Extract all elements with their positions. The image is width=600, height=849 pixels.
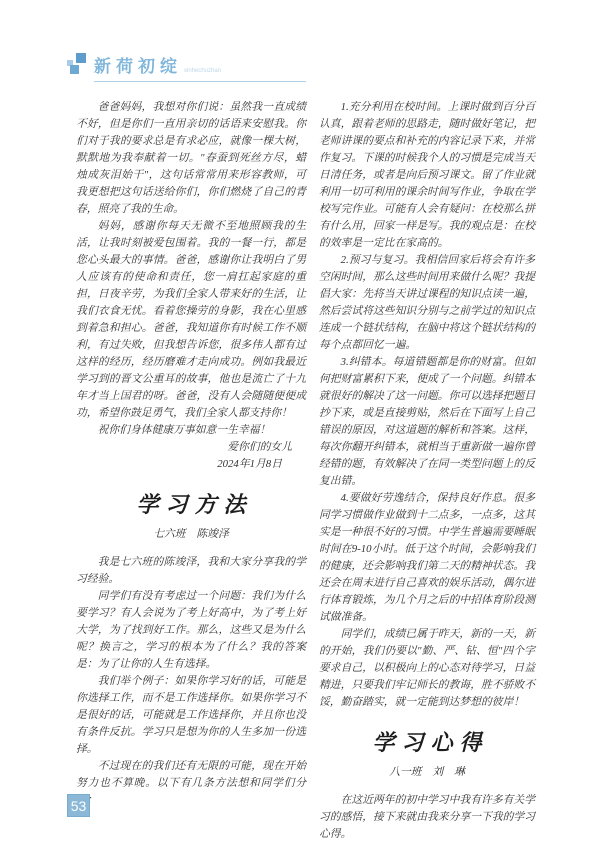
logo-squares-icon xyxy=(67,52,89,78)
article2-byline: 八一班 刘 琳 xyxy=(319,764,535,780)
right-column: 1.充分利用在校时间。上课时做到百分百认真，跟着老师的思路走，随时做好笔记，把老… xyxy=(319,99,535,843)
logo-square-mid xyxy=(70,65,79,74)
letter-date: 2024年1月8日 xyxy=(76,456,306,473)
logo-square-dark xyxy=(76,53,86,63)
magazine-page: 新荷初绽 xinhechuzhan 爸爸妈妈，我想对你们说：虽然我一直成绩不好，… xyxy=(0,0,600,849)
logo-subtext: xinhechuzhan xyxy=(184,68,221,74)
body-paragraph: 在这近两年的初中学习中我有许多有关学习的感悟，接下来就由我来分享一下我的学习心得… xyxy=(319,792,535,843)
method-paragraph: 1.充分利用在校时间。上课时做到百分百认真，跟着老师的思路走，随时做好笔记，把老… xyxy=(319,99,535,252)
method-paragraph: 3.纠错本。每道错题都是你的财富。但如何把财富累积下来，便成了一个问题。纠错本就… xyxy=(319,354,535,490)
letter-signature: 爱你们的女儿 xyxy=(76,439,306,456)
body-paragraph: 同学们有没有考虑过一个问题：我们为什么要学习？有人会说为了考上好高中，为了考上好… xyxy=(76,588,306,673)
article1-title: 学习方法 xyxy=(76,488,306,519)
body-paragraph: 我们举个例子：如果你学习好的话，可能是你选择工作，而不是工作选择你。如果你学习不… xyxy=(76,673,306,758)
letter-wish-line: 祝你们身体健康万事如意一生幸福！ xyxy=(76,422,306,439)
letter-paragraph: 妈妈，感谢你每天无微不至地照顾我的生活，让我时刻被爱包围着。我的一餐一行，都是您… xyxy=(76,218,306,422)
article1-byline: 七六班 陈竣泽 xyxy=(76,526,306,542)
body-paragraph: 不过现在的我们还有无限的可能，现在开始努力也不算晚。以下有几条方法想和同学们分享… xyxy=(76,758,306,809)
header-rule: 新荷初绽 xinhechuzhan xyxy=(94,52,306,82)
method-paragraph: 4.要做好劳逸结合，保持良好作息。很多同学习惯做作业做到十二点多，一点多，这其实… xyxy=(319,490,535,626)
page-content: 爸爸妈妈，我想对你们说：虽然我一直成绩不好，但是你们一直用亲切的话语来安慰我。你… xyxy=(76,99,535,843)
page-header: 新荷初绽 xinhechuzhan xyxy=(67,52,306,82)
article2-title: 学习心得 xyxy=(319,726,535,757)
left-column: 爸爸妈妈，我想对你们说：虽然我一直成绩不好，但是你们一直用亲切的话语来安慰我。你… xyxy=(76,99,306,843)
logo-text: 新荷初绽 xyxy=(94,52,182,77)
page-number-badge: 53 xyxy=(67,794,90,817)
method-paragraph: 2.预习与复习。我相信回家后将会有许多空闲时间，那么这些时间用来做什么呢？我提倡… xyxy=(319,252,535,354)
closing-paragraph: 同学们，成绩已属于昨天，新的一天，新的开始，我们仍要以"勤、严、钻、恒"四个字要… xyxy=(319,626,535,711)
letter-paragraph: 爸爸妈妈，我想对你们说：虽然我一直成绩不好，但是你们一直用亲切的话语来安慰我。你… xyxy=(76,99,306,218)
body-paragraph: 我是七六班的陈竣泽，我和大家分享我的学习经验。 xyxy=(76,554,306,588)
